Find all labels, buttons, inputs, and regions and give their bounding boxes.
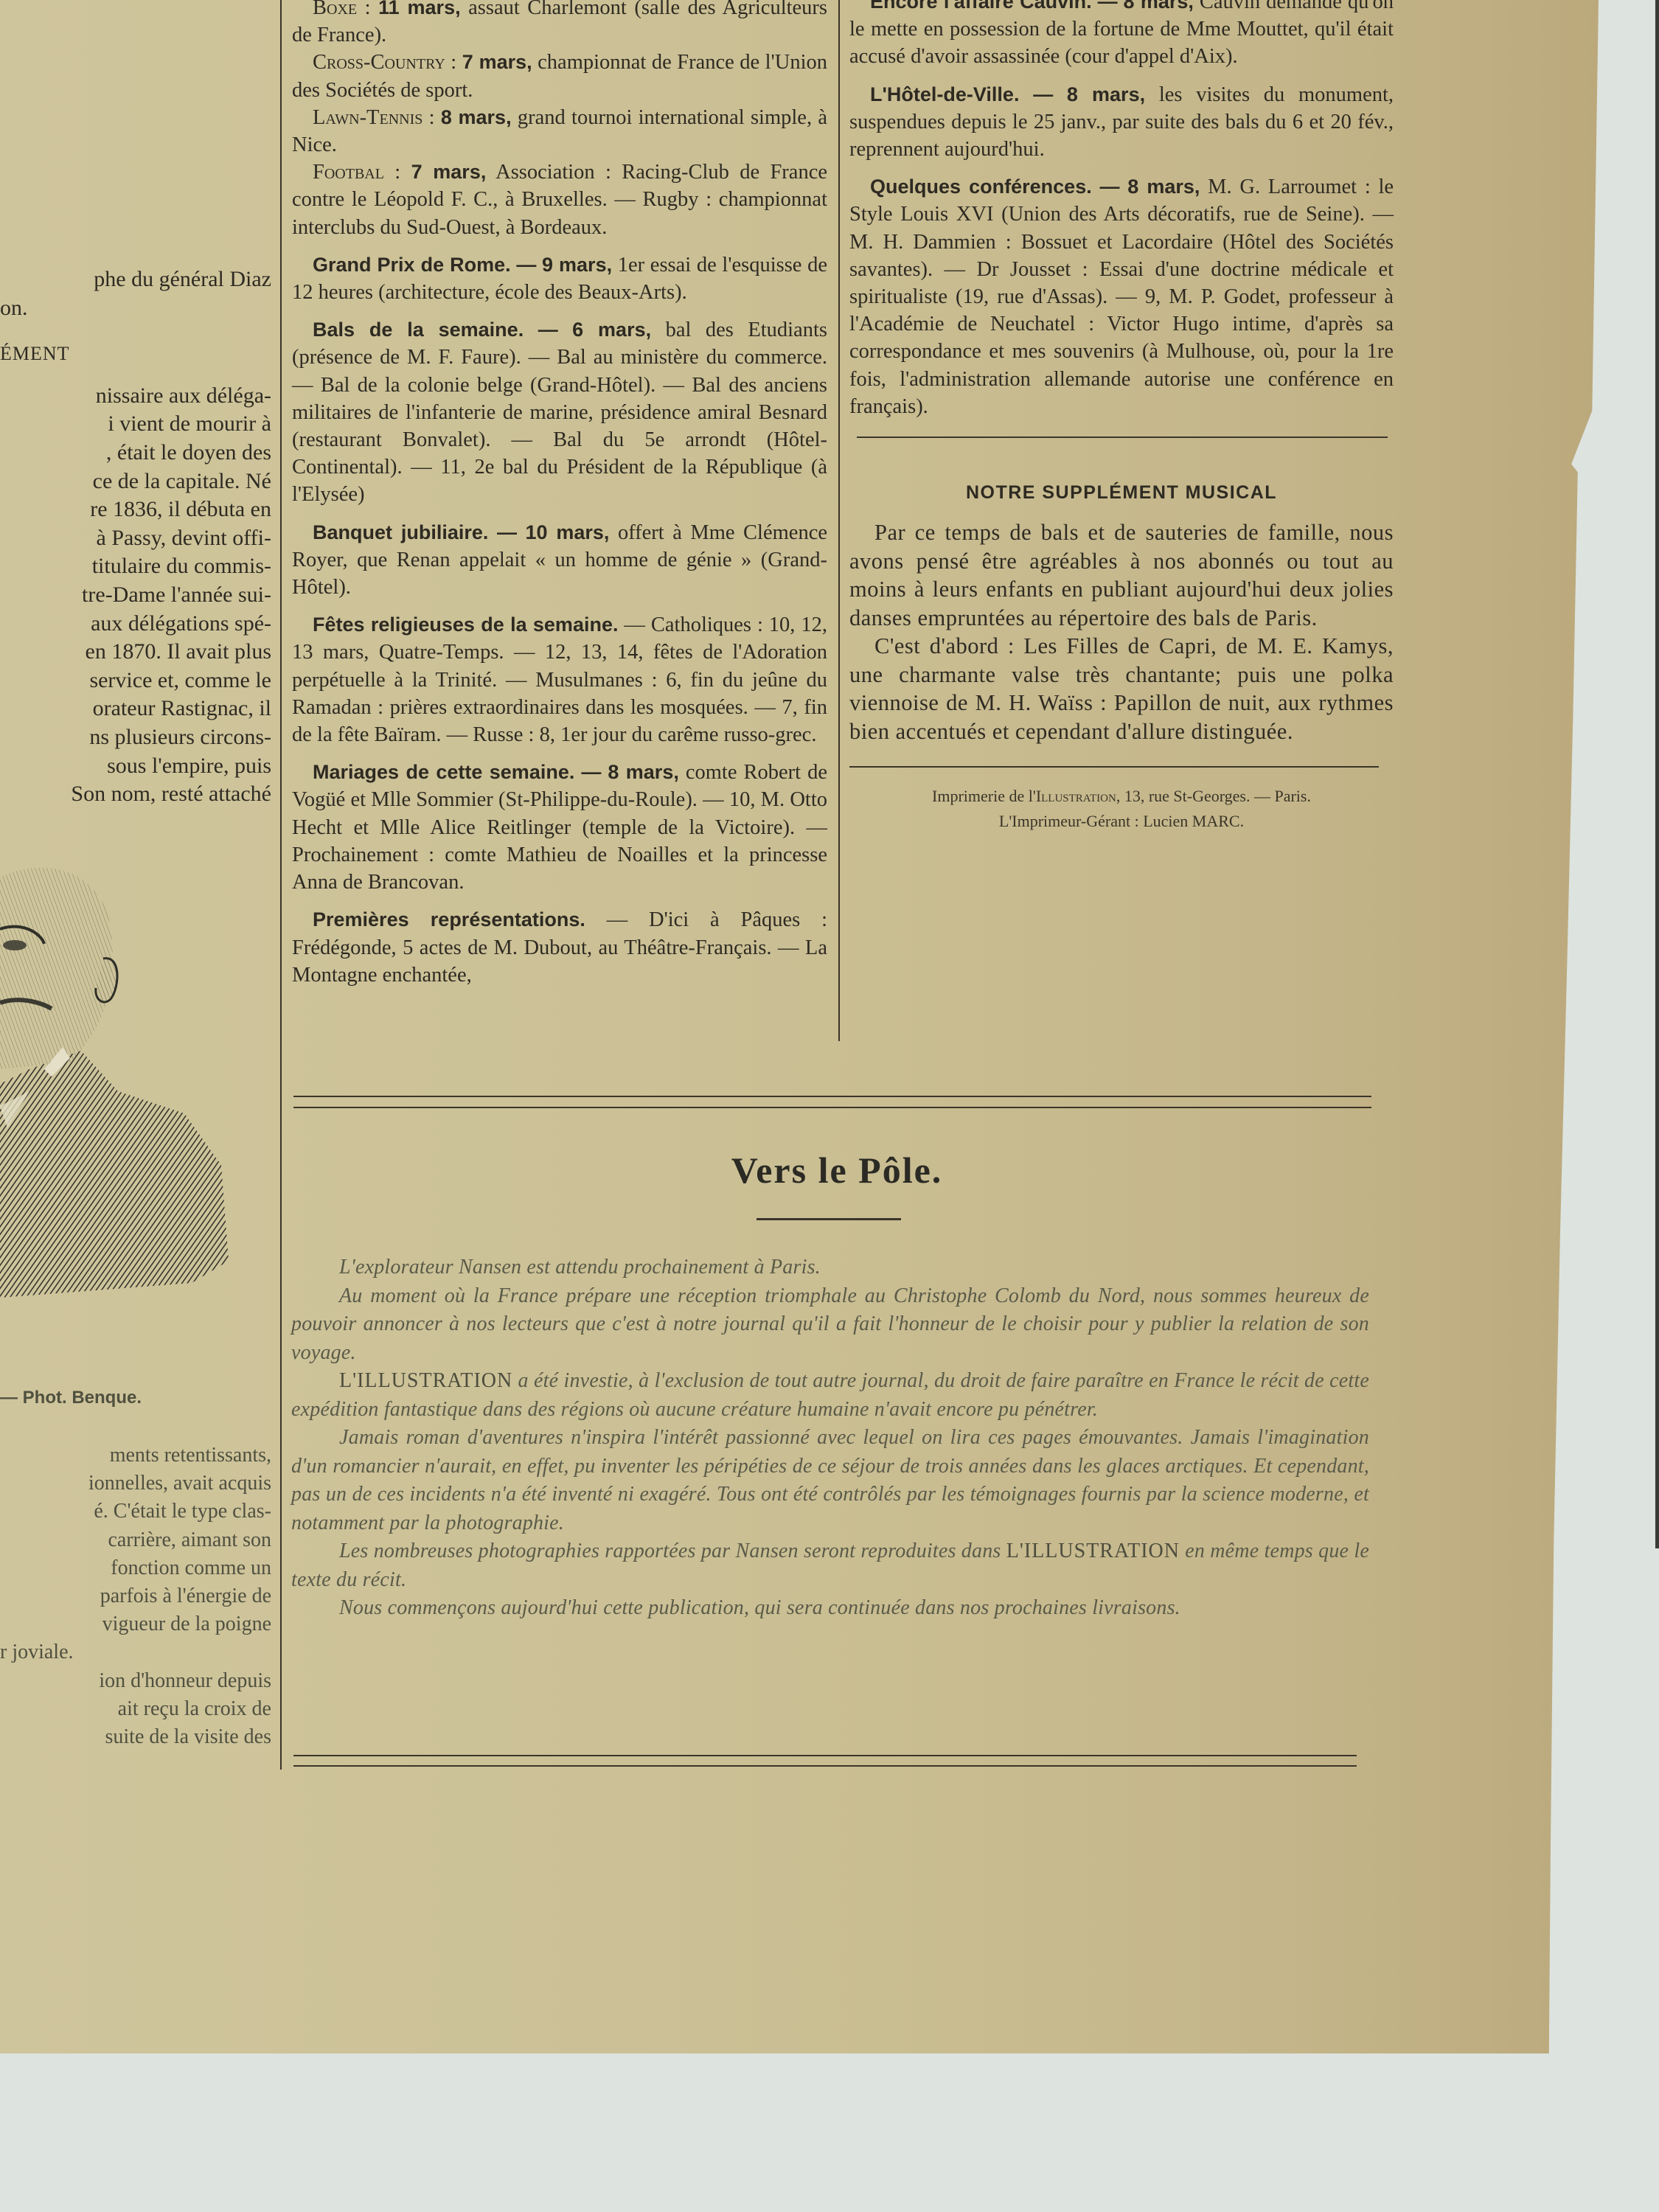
middle-column: Boxe : 11 mars, assaut Charlemont (salle… bbox=[292, 0, 827, 999]
text-line: phe du général Diaz bbox=[0, 265, 271, 294]
text-line: titulaire du commis- bbox=[0, 552, 271, 581]
background-edge bbox=[1655, 0, 1659, 1548]
left-column-lower-text: ments retentissants, ionnelles, avait ac… bbox=[0, 1441, 271, 1751]
imprint-divider bbox=[849, 766, 1379, 768]
newspaper-page: phe du général Diaz on. ÉMENT nissaire a… bbox=[0, 0, 1599, 2053]
event-entry-conferences: Quelques conférences. — 8 mars, M. G. La… bbox=[849, 173, 1394, 420]
text-line: à Passy, devint offi- bbox=[0, 524, 271, 553]
imprint: Imprimerie de l'Illustration, 13, rue St… bbox=[849, 782, 1394, 835]
imprint-line-2: L'Imprimeur-Gérant : Lucien MARC. bbox=[849, 807, 1394, 835]
column-rule-left bbox=[280, 0, 282, 1770]
text-line: i vient de mourir à bbox=[0, 410, 271, 439]
double-rule-bottom bbox=[293, 1755, 1357, 1756]
event-entry-banquet: Banquet jubiliaire. — 10 mars, offert à … bbox=[292, 519, 827, 602]
supplement-heading: NOTRE SUPPLÉMENT MUSICAL bbox=[849, 479, 1394, 507]
article-paragraph: Les nombreuses photographies rapportées … bbox=[291, 1537, 1369, 1594]
double-rule-top bbox=[293, 1107, 1371, 1108]
text-line: r joviale. bbox=[0, 1638, 271, 1666]
article-paragraph: L'explorateur Nansen est attendu prochai… bbox=[291, 1253, 1369, 1282]
text-line: ce de la capitale. Né bbox=[0, 467, 271, 496]
text-line: tre-Dame l'année sui- bbox=[0, 581, 271, 610]
text-line: on. bbox=[0, 294, 271, 323]
double-rule-bottom bbox=[293, 1765, 1357, 1767]
event-entry-hotel-de-ville: L'Hôtel-de-Ville. — 8 mars, les visites … bbox=[849, 81, 1394, 164]
article-title: Vers le Pôle. bbox=[291, 1149, 1382, 1192]
article-body: L'explorateur Nansen est attendu prochai… bbox=[291, 1253, 1369, 1623]
text-line: ments retentissants, bbox=[0, 1441, 271, 1470]
event-entry-cauvin: Encore l'affaire Cauvin. — 8 mars, Cauvi… bbox=[849, 0, 1394, 71]
supplement-paragraph: C'est d'abord : Les Filles de Capri, de … bbox=[849, 632, 1394, 745]
text-line: Son nom, resté attaché bbox=[0, 780, 271, 809]
article-paragraph: L'ILLUSTRATION a été investie, à l'exclu… bbox=[291, 1367, 1369, 1424]
event-entry-boxe: Boxe : 11 mars, assaut Charlemont (salle… bbox=[292, 0, 827, 49]
article-paragraph: Jamais roman d'aventures n'inspira l'int… bbox=[291, 1424, 1369, 1537]
supplement-paragraph: Par ce temps de bals et de sauteries de … bbox=[849, 518, 1394, 632]
text-line: nissaire aux déléga- bbox=[0, 382, 271, 411]
text-line: parfois à l'énergie de bbox=[0, 1582, 271, 1610]
section-heading: ÉMENT bbox=[0, 340, 271, 369]
text-line: suite de la visite des bbox=[0, 1723, 271, 1751]
text-line: sous l'empire, puis bbox=[0, 752, 271, 781]
event-entry-football: Footbal : 7 mars, Association : Racing-C… bbox=[292, 159, 827, 241]
section-divider bbox=[857, 437, 1388, 438]
text-line: é. C'était le type clas- bbox=[0, 1498, 271, 1526]
text-line: , était le doyen des bbox=[0, 439, 271, 467]
event-entry-premieres: Premières représentations. — D'ici à Pâq… bbox=[292, 906, 827, 989]
article-paragraph: Nous commençons aujourd'hui cette public… bbox=[291, 1594, 1369, 1623]
text-line: vigueur de la poigne bbox=[0, 1610, 271, 1638]
text-line: en 1870. Il avait plus bbox=[0, 638, 271, 667]
event-entry-grand-prix-de-rome: Grand Prix de Rome. — 9 mars, 1er essai … bbox=[292, 251, 827, 306]
text-line: fonction comme un bbox=[0, 1554, 271, 1582]
text-line: ionnelles, avait acquis bbox=[0, 1470, 271, 1498]
photo-caption: — Phot. Benque. bbox=[0, 1388, 221, 1408]
text-line: aux délégations spé- bbox=[0, 610, 271, 639]
text-line: ion d'honneur depuis bbox=[0, 1667, 271, 1695]
title-underline bbox=[757, 1218, 901, 1220]
text-line: carrière, aimant son bbox=[0, 1526, 271, 1554]
imprint-line-1: Imprimerie de l'Illustration, 13, rue St… bbox=[849, 782, 1394, 810]
event-entry-lawn-tennis: Lawn-Tennis : 8 mars, grand tournoi inte… bbox=[292, 104, 827, 159]
portrait-engraving bbox=[0, 848, 251, 1327]
event-entry-cross-country: Cross-Country : 7 mars, championnat de F… bbox=[292, 49, 827, 103]
event-entry-mariages: Mariages de cette semaine. — 8 mars, com… bbox=[292, 759, 827, 896]
event-entry-bals: Bals de la semaine. — 6 mars, bal des Et… bbox=[292, 316, 827, 508]
text-line: ns plusieurs circons- bbox=[0, 723, 271, 752]
column-rule-middle bbox=[838, 0, 840, 1041]
supplement-body: Par ce temps de bals et de sauteries de … bbox=[849, 518, 1394, 745]
text-line: orateur Rastignac, il bbox=[0, 695, 271, 723]
text-line: re 1836, il débuta en bbox=[0, 495, 271, 524]
right-column: Encore l'affaire Cauvin. — 8 mars, Cauvi… bbox=[849, 0, 1394, 835]
article-paragraph: Au moment où la France prépare une récep… bbox=[291, 1282, 1369, 1368]
left-column-text: phe du général Diaz on. ÉMENT nissaire a… bbox=[0, 265, 271, 809]
double-rule-top bbox=[293, 1096, 1371, 1097]
text-line: ait reçu la croix de bbox=[0, 1695, 271, 1723]
text-line: service et, comme le bbox=[0, 667, 271, 695]
event-entry-fetes-religieuses: Fêtes religieuses de la semaine. — Catho… bbox=[292, 611, 827, 748]
